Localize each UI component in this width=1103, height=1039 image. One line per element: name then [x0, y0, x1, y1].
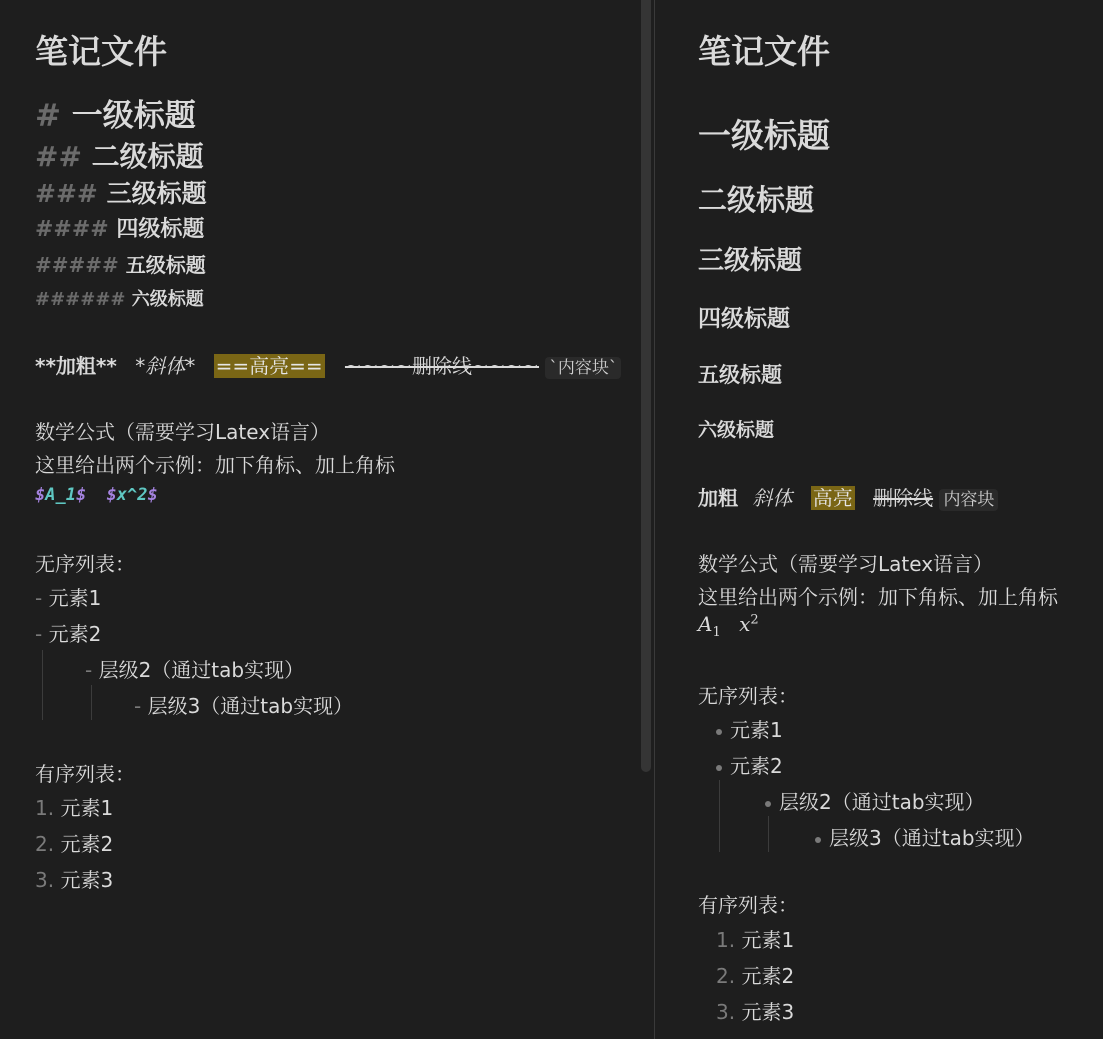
heading-4-source[interactable]: #### 四级标题 [35, 212, 204, 243]
preview-ordered-item-1: 1. 元素1 [716, 924, 794, 953]
preview-unordered-item-level2: 层级2（通过tab实现） [765, 786, 985, 815]
heading-3-source[interactable]: ### 三级标题 [35, 174, 207, 210]
preview-unordered-item-level3: 层级3（通过tab实现） [815, 822, 1035, 851]
italic-source: *斜体* [135, 354, 195, 378]
preview-formatting-line: 加粗 斜体 高亮 删除线 内容块 [698, 482, 998, 511]
ordered-item-2-source[interactable]: 2. 元素2 [35, 828, 113, 857]
highlight-source: ==高亮== [214, 354, 325, 378]
heading-5-source[interactable]: ##### 五级标题 [35, 249, 206, 278]
preview-ordered-item-2: 2. 元素2 [716, 960, 794, 989]
preview-heading-3: 三级标题 [698, 240, 802, 277]
indent-guide [768, 816, 769, 852]
editor-scrollbar-thumb[interactable] [641, 0, 651, 772]
bullet-icon [815, 837, 821, 843]
preview-strikethrough: 删除线 [873, 486, 933, 510]
preview-heading-4: 四级标题 [698, 300, 790, 333]
note-title: 笔记文件 [35, 26, 167, 73]
math-subscript: A1 [698, 612, 721, 636]
indent-guide [91, 685, 92, 720]
preview-math-description: 这里给出两个示例：加下角标、加上角标 [698, 581, 1058, 610]
heading-marker: ## [35, 140, 82, 173]
math-subscript-source: $A_1$ [35, 485, 86, 505]
math-intro[interactable]: 数学公式（需要学习Latex语言） [35, 416, 330, 445]
heading-text: 六级标题 [132, 289, 204, 310]
preview-title: 笔记文件 [698, 26, 830, 73]
preview-unordered-item-2: 元素2 [716, 750, 783, 779]
preview-highlight: 高亮 [811, 486, 855, 510]
list-marker: - [35, 622, 42, 646]
indent-guide [719, 780, 720, 852]
heading-text: 三级标题 [107, 179, 207, 208]
source-editor-pane[interactable]: 笔记文件 # 一级标题 ## 二级标题 ### 三级标题 #### 四级标题 #… [0, 0, 640, 1039]
heading-marker: ### [35, 179, 98, 208]
heading-text: 二级标题 [92, 140, 204, 173]
ordered-item-3-source[interactable]: 3. 元素3 [35, 864, 113, 893]
list-number: 2. [35, 832, 54, 856]
inline-code-source: `内容块` [545, 357, 621, 379]
heading-text: 一级标题 [72, 98, 196, 134]
preview-ordered-label: 有序列表： [698, 889, 798, 918]
bullet-icon [765, 801, 771, 807]
indent-guide [42, 650, 43, 720]
list-number: 3. [35, 868, 54, 892]
formatting-line-source[interactable]: **加粗** *斜体* ==高亮== ~~~~删除线~~~~ `内容块` [35, 350, 621, 379]
list-number: 1. [35, 796, 54, 820]
preview-italic: 斜体 [752, 486, 792, 510]
preview-math-line: A1 x2 [698, 612, 759, 640]
list-marker: - [134, 694, 141, 718]
list-marker: - [85, 658, 92, 682]
preview-heading-6: 六级标题 [698, 415, 774, 442]
preview-pane[interactable]: 笔记文件 一级标题 二级标题 三级标题 四级标题 五级标题 六级标题 加粗 斜体… [655, 0, 1103, 1039]
preview-math-intro: 数学公式（需要学习Latex语言） [698, 548, 993, 577]
ordered-list-label[interactable]: 有序列表： [35, 758, 135, 787]
unordered-item-level3-source[interactable]: - 层级3（通过tab实现） [134, 690, 353, 719]
unordered-item-2-source[interactable]: - 元素2 [35, 618, 101, 647]
bullet-icon [716, 765, 722, 771]
list-marker: - [35, 586, 42, 610]
ordered-item-1-source[interactable]: 1. 元素1 [35, 792, 113, 821]
math-superscript: x2 [739, 612, 759, 636]
math-superscript-source: $x^2$ [106, 485, 157, 505]
math-description[interactable]: 这里给出两个示例：加下角标、加上角标 [35, 449, 395, 478]
heading-1-source[interactable]: # 一级标题 [35, 90, 196, 135]
heading-text: 四级标题 [116, 217, 204, 242]
preview-inline-code: 内容块 [939, 489, 998, 511]
heading-marker: ##### [35, 253, 119, 277]
preview-heading-1: 一级标题 [698, 110, 830, 157]
math-source-line[interactable]: $A_1$ $x^2$ [35, 485, 158, 505]
unordered-item-level2-source[interactable]: - 层级2（通过tab实现） [85, 654, 304, 683]
bold-source: **加粗** [35, 354, 117, 378]
heading-6-source[interactable]: ###### 六级标题 [35, 285, 204, 311]
bullet-icon [716, 729, 722, 735]
heading-marker: ###### [35, 289, 126, 310]
heading-marker: #### [35, 217, 109, 242]
strikethrough-source: ~~~~删除线~~~~ [345, 354, 539, 378]
unordered-list-label[interactable]: 无序列表： [35, 548, 135, 577]
preview-heading-2: 二级标题 [698, 178, 814, 219]
heading-text: 五级标题 [126, 253, 206, 277]
heading-marker: # [35, 98, 61, 134]
preview-ordered-item-3: 3. 元素3 [716, 996, 794, 1025]
heading-2-source[interactable]: ## 二级标题 [35, 135, 204, 175]
unordered-item-1-source[interactable]: - 元素1 [35, 582, 101, 611]
preview-bold: 加粗 [698, 486, 738, 510]
preview-unordered-label: 无序列表： [698, 680, 798, 709]
preview-heading-5: 五级标题 [698, 359, 782, 389]
preview-unordered-item-1: 元素1 [716, 714, 783, 743]
